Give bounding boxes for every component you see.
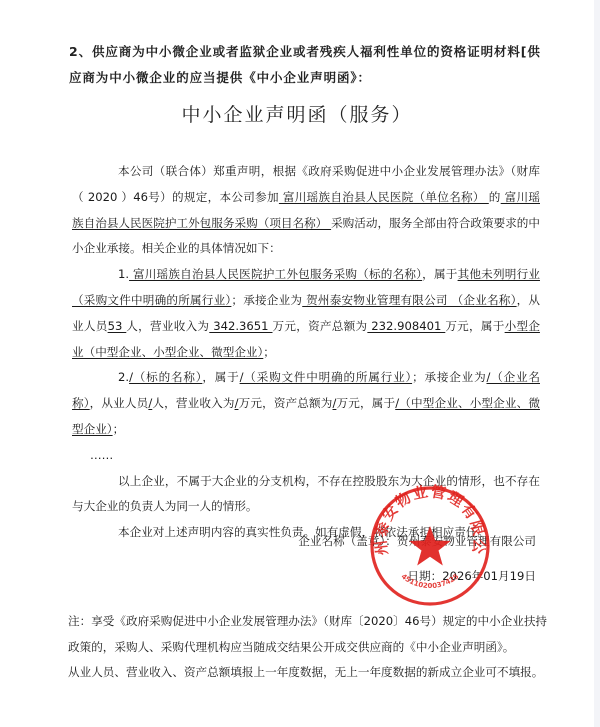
document-page: 2、供应商为中小微企业或者监狱企业或者残疾人福利性单位的资格证明材料[供应商为中… xyxy=(0,0,594,727)
date-label: 日期： xyxy=(407,569,442,583)
section-heading: 2、供应商为中小微企业或者监狱企业或者残疾人福利性单位的资格证明材料[供应商为中… xyxy=(69,39,549,91)
item-text: 人，营业收入为 xyxy=(152,396,234,410)
item-text: ；承接企业为 xyxy=(231,293,302,307)
item-text: ，从业人员 xyxy=(90,396,149,410)
item-text: ； xyxy=(263,345,275,359)
signature-company: 贺州泰安物业管理有限公司 xyxy=(397,534,536,548)
item-2: 2./（标的名称），属于/（采购文件中明确的所属行业）；承接企业为/（企业名称）… xyxy=(72,365,540,442)
item-text: 万元，属于 xyxy=(445,319,504,333)
document-title: 中小企业声明函（服务） xyxy=(0,100,594,127)
purchaser-name: 富川瑶族自治县人民医院（单位名称） xyxy=(279,190,489,204)
employee-count: 53 xyxy=(108,319,127,333)
signature-label: 企业名称（盖章）： xyxy=(298,534,397,548)
ellipsis: …… xyxy=(72,443,540,469)
item-text: ，属于 xyxy=(422,267,457,281)
item-text: 万元，资产总额为 xyxy=(273,319,368,333)
subject-name: 富川瑶族自治县人民医院护工外包服务采购（标的名称） xyxy=(129,267,422,281)
declaration-body: 本公司（联合体）郑重声明，根据《政府采购促进中小企业发展管理办法》（财库（ 20… xyxy=(72,159,540,546)
item-number: 1. xyxy=(118,267,129,281)
notes: 注：享受《政府采购促进中小企业发展管理办法》（财库〔2020〕46号）规定的中小… xyxy=(68,609,548,686)
item-text: 万元，资产总额为 xyxy=(238,396,332,410)
item-text: 万元，属于 xyxy=(336,396,395,410)
revenue: 342.3651 xyxy=(209,319,272,333)
date-line: 日期：2026年01月19日 xyxy=(407,568,536,584)
item-text: 人，营业收入为 xyxy=(126,319,209,333)
item-1: 1. 富川瑶族自治县人民医院护工外包服务采购（标的名称），属于其他未列明行业（采… xyxy=(72,262,540,365)
total-assets: 232.908401 xyxy=(367,319,445,333)
item-text: ； xyxy=(113,422,125,436)
item-text: ；承接企业为 xyxy=(412,370,486,384)
subject-name: /（标的名称） xyxy=(129,370,202,384)
note-1: 注：享受《政府采购促进中小企业发展管理办法》（财库〔2020〕46号）规定的中小… xyxy=(68,609,548,660)
intro-paragraph: 本公司（联合体）郑重声明，根据《政府采购促进中小企业发展管理办法》（财库（ 20… xyxy=(72,159,540,262)
signature-line: 企业名称（盖章）：贺州泰安物业管理有限公司 xyxy=(298,533,536,549)
note-2: 从业人员、营业收入、资产总额填报上一年度数据，无上一年度数据的新成立企业可不填报… xyxy=(68,660,548,686)
date-value: 2026年01月19日 xyxy=(442,569,536,583)
industry: /（采购文件中明确的所属行业） xyxy=(240,370,413,384)
scrollbar-track[interactable] xyxy=(594,0,600,727)
company-name: 贺州泰安物业管理有限公司 （企业名称） xyxy=(302,293,516,307)
intro-text: 的 xyxy=(489,190,501,204)
item-number: 2. xyxy=(118,370,129,384)
item-text: ，属于 xyxy=(202,370,239,384)
statement-independence: 以上企业，不属于大企业的分支机构，不存在控股股东为大企业的情形，也不存在与大企业… xyxy=(72,469,540,521)
